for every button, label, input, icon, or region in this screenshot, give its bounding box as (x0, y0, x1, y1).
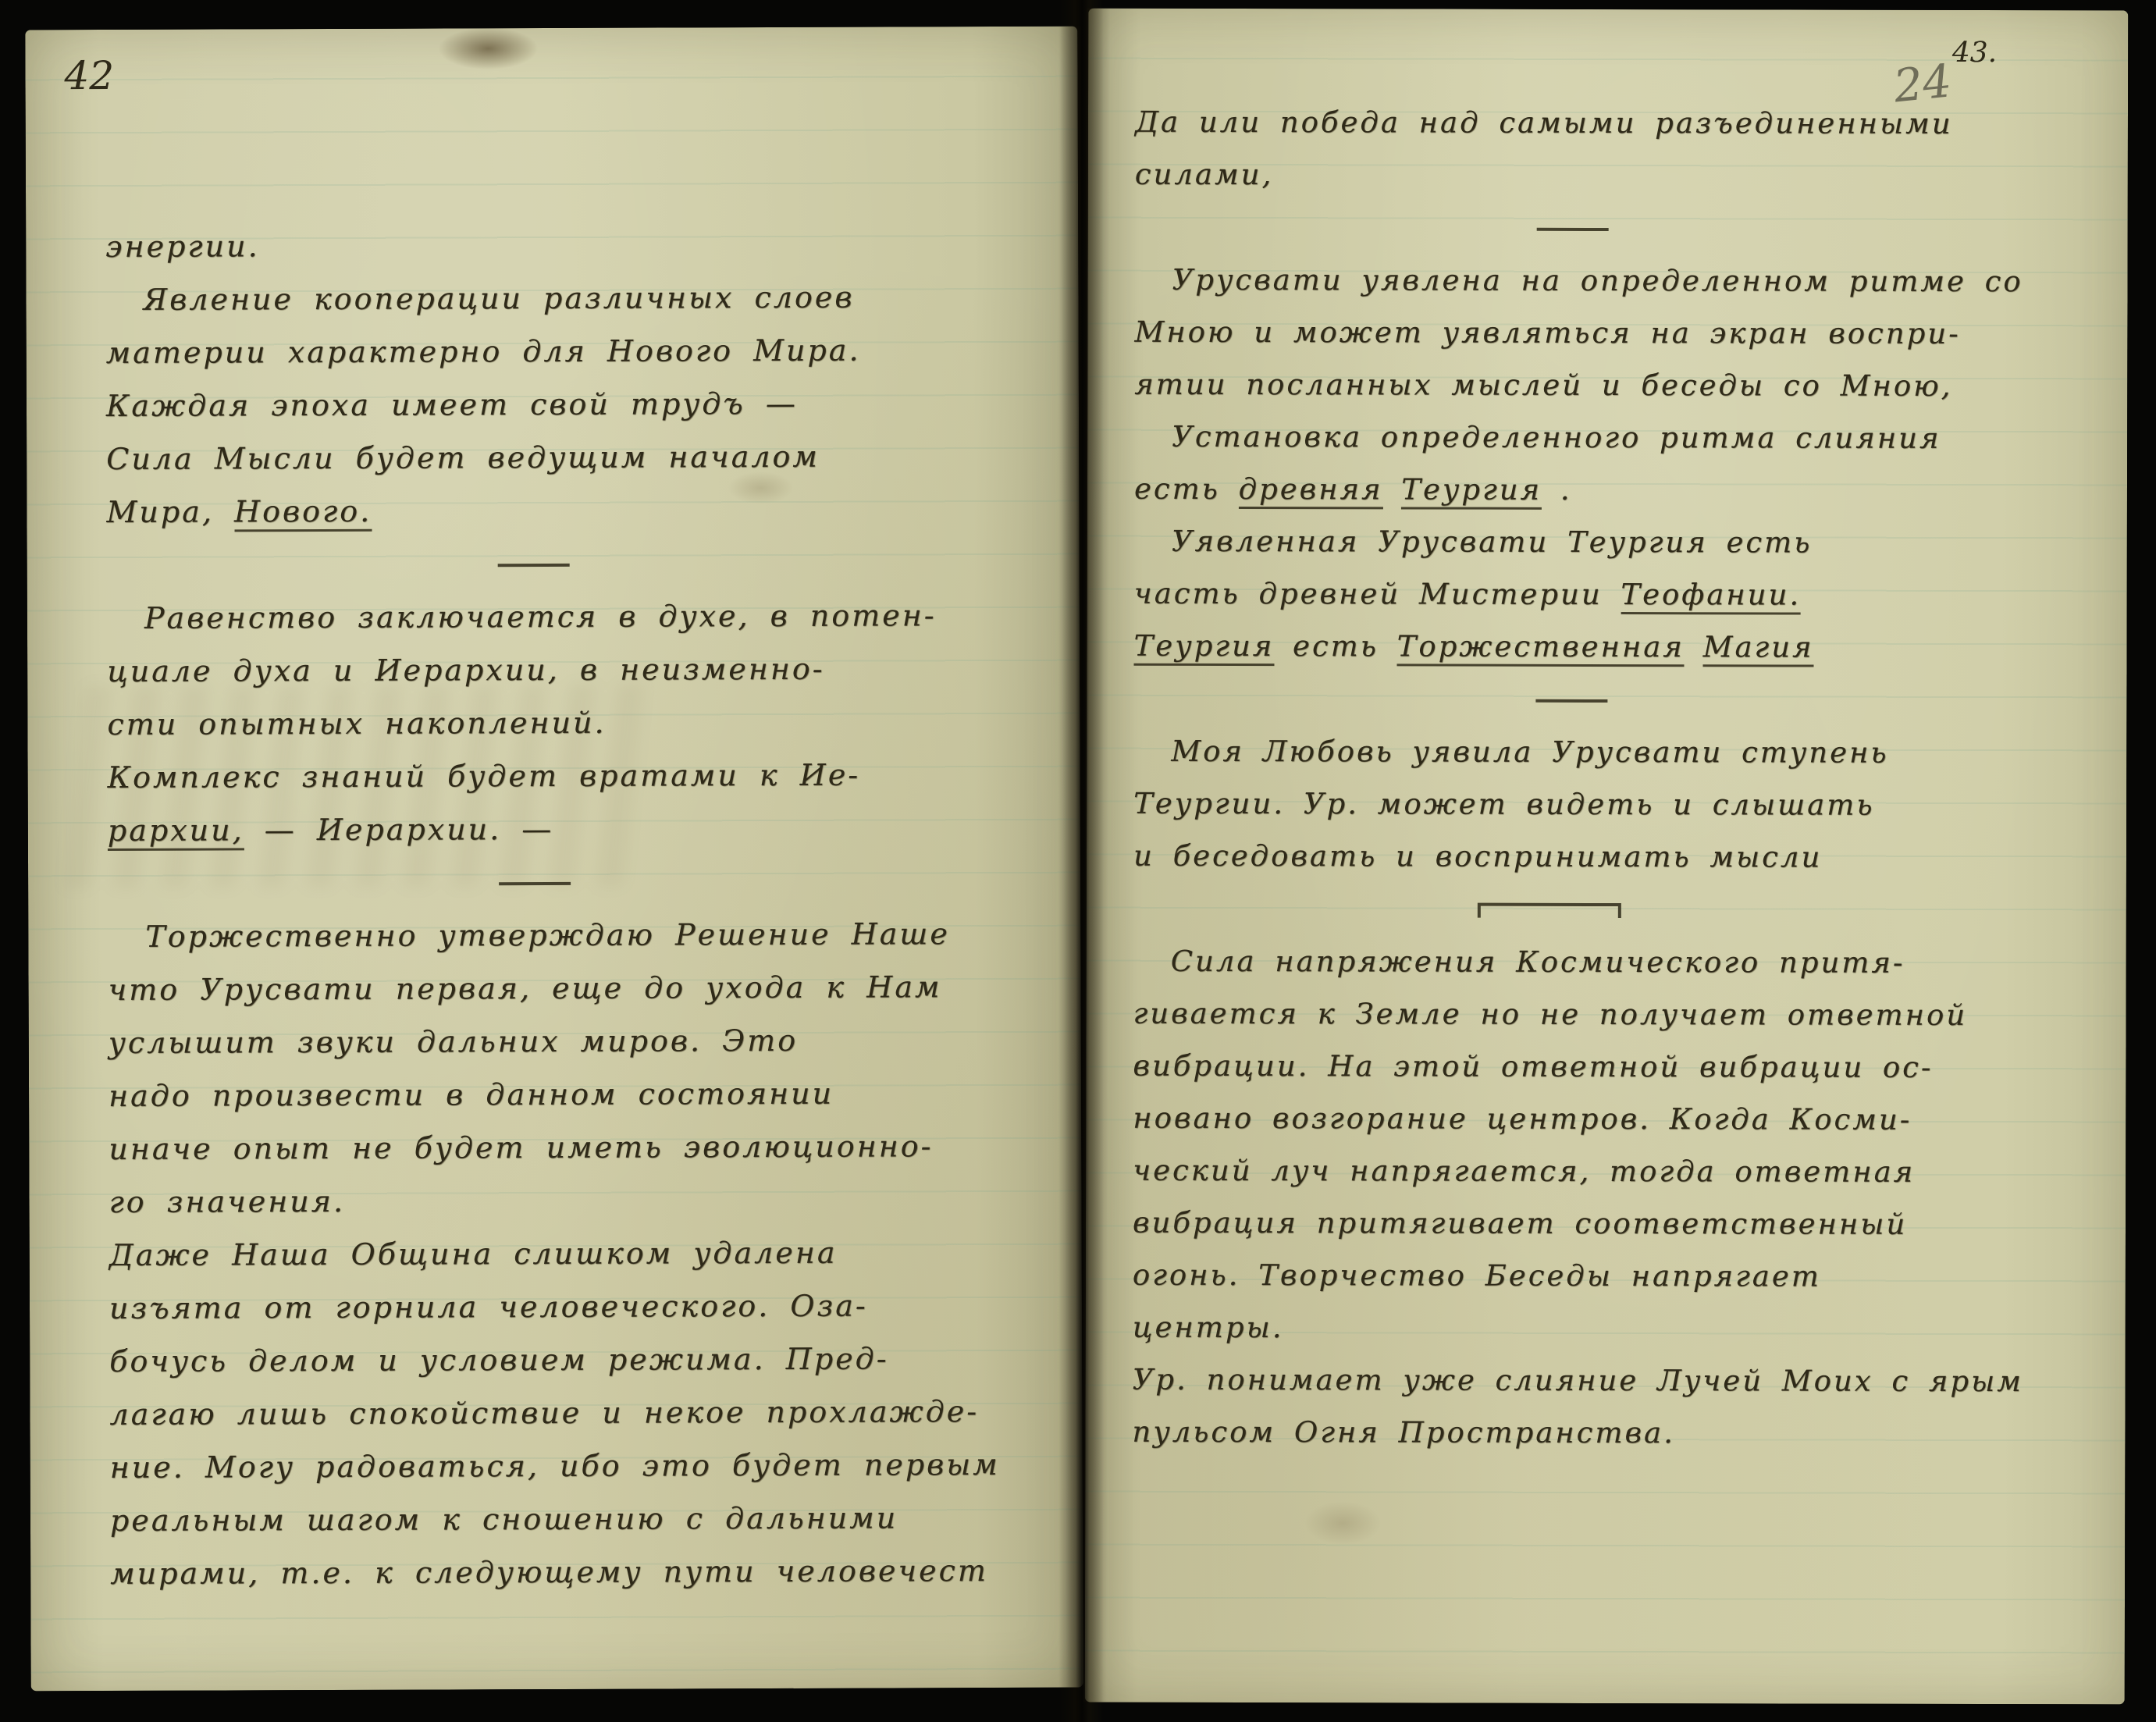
paragraph-separator (1133, 882, 2090, 937)
line-text: есть (1134, 472, 1239, 506)
line-text: энергии. (105, 229, 260, 264)
line-text: Урусвати уявлена на определенном ритме с… (1172, 263, 2023, 298)
manuscript-line: Равенство заключается в духе, в потен- (107, 589, 1037, 645)
manuscript-line: Мира, Нового. (106, 482, 1037, 539)
manuscript-line: го значения. (109, 1172, 1039, 1229)
manuscript-line: пульсом Огня Пространства. (1132, 1406, 2089, 1460)
page-number-right: 43. (1952, 37, 1997, 69)
manuscript-line: Теургии. Ур. может видеть и слышать (1133, 777, 2090, 832)
manuscript-line: ние. Могу радоваться, ибо это будет перв… (110, 1438, 1041, 1494)
line-text: вибрация притягивает соответственный (1133, 1206, 1907, 1241)
line-text: Мною и может уявляться на экран воспри- (1134, 315, 1960, 350)
manuscript-line: мирами, т.е. к следующему пути человечес… (110, 1544, 1041, 1600)
line-text: есть (1274, 629, 1396, 663)
line-text: Даже Наша Община слишком удалена (109, 1236, 838, 1272)
manuscript-line: центры. (1133, 1301, 2090, 1356)
line-text: центры. (1133, 1311, 1284, 1344)
manuscript-line: сти опытных накоплений. (107, 695, 1037, 751)
line-text: Ур. понимает уже слияние Лучей Моих с яр… (1133, 1363, 2023, 1398)
paragraph-separator (108, 854, 1038, 910)
manuscript-line: Явление кооперации различных слоев (105, 270, 1036, 326)
line-text: мирами, т.е. к следующему пути человечес… (110, 1553, 988, 1591)
line-text: и беседовать и воспринимать мысли (1133, 839, 1822, 874)
line-text: сти опытных накоплений. (107, 706, 606, 742)
line-text: Сила напряжения Космического притя- (1171, 945, 1905, 980)
manuscript-line: Комплекс знаний будет вратами к Ие- (108, 748, 1038, 804)
line-text: материи характерно для Нового Мира. (106, 333, 861, 370)
manuscript-line: Сила напряжения Космического притя- (1133, 935, 2090, 990)
manuscript-line: огонь. Творчество Беседы напрягает (1133, 1249, 2090, 1304)
line-text: Моя Любовь уявила Урусвати ступень (1171, 735, 1888, 770)
manuscript-line: вибрация притягивает соответственный (1133, 1197, 2090, 1251)
underlined-word: Нового. (234, 494, 372, 532)
manuscript-line: новано возгорание центров. Когда Косми- (1133, 1092, 2090, 1147)
line-text: новано возгорание центров. Когда Косми- (1133, 1101, 1912, 1137)
line-text (1382, 472, 1401, 506)
line-text: надо произвести в данном состоянии (109, 1076, 834, 1113)
manuscript-line: гивается к Земле но не получает ответной (1133, 987, 2090, 1042)
page-right: 43. 24 Да или победа над самыми разъедин… (1085, 9, 2129, 1705)
line-text: Теургии. Ур. может видеть и слышать (1133, 787, 1874, 822)
underlined-word: Теургия (1401, 472, 1542, 509)
manuscript-line: Моя Любовь уявила Урусвати ступень (1133, 725, 2090, 780)
right-page-text: Да или победа над самыми разъединеннымис… (1132, 96, 2092, 1460)
line-text: лагаю лишь спокойствие и некое прохлажде… (109, 1394, 979, 1432)
line-text: реальным шагом к сношению с дальними (110, 1500, 898, 1538)
page-left: 42 энергии.Явление кооперации различных … (25, 27, 1083, 1692)
line-text: Комплекс знаний будет вратами к Ие- (108, 758, 861, 795)
stain (422, 20, 554, 77)
manuscript-line: иначе опыт не будет иметь эволюционно- (109, 1119, 1039, 1176)
line-text: изъята от горнила человеческого. Оза- (109, 1289, 868, 1325)
line-text: Явление кооперации различных слоев (143, 280, 854, 317)
manuscript-line: услышит звуки дальних миров. Это (109, 1013, 1039, 1069)
left-page-text: энергии.Явление кооперации различных сло… (105, 217, 1041, 1600)
manuscript-line: бочусь делом и условием режима. Пред- (109, 1332, 1040, 1388)
line-text (1685, 630, 1703, 664)
line-text: бочусь делом и условием режима. Пред- (109, 1342, 888, 1379)
manuscript-line: часть древней Мистерии Теофании. (1134, 567, 2091, 622)
manuscript-line: Уявленная Урусвати Теургия есть (1134, 515, 2091, 570)
line-text: услышит звуки дальних миров. Это (109, 1023, 798, 1060)
manuscript-line: ятии посланных мыслей и беседы со Мною, (1134, 358, 2091, 413)
line-text: ческий луч напрягается, тогда ответная (1133, 1154, 1915, 1189)
manuscript-line: Мною и может уявляться на экран воспри- (1134, 306, 2091, 361)
underlined-word: рархии, (108, 813, 244, 851)
underlined-word: Торжественная (1397, 629, 1685, 667)
line-text: часть древней Мистерии (1134, 577, 1621, 611)
manuscript-line: Теургия есть Торжественная Магия (1133, 620, 2090, 674)
manuscript-line: Урусвати уявлена на определенном ритме с… (1134, 254, 2091, 308)
underlined-word: Теургия (1134, 629, 1275, 666)
line-text: гивается к Земле но не получает ответной (1133, 997, 1968, 1032)
line-text: го значения. (109, 1184, 345, 1219)
line-text: Уявленная Урусвати Теургия есть (1172, 525, 1813, 560)
manuscript-line: Торжественно утверждаю Решение Наше (108, 907, 1038, 963)
line-text: Торжественно утверждаю Решение Наше (145, 916, 950, 954)
manuscript-line: надо произвести в данном состоянии (109, 1066, 1039, 1123)
manuscript-line: изъята от горнила человеческого. Оза- (109, 1279, 1040, 1335)
manuscript-line: реальным шагом к сношению с дальними (110, 1491, 1041, 1547)
line-text: . (1542, 473, 1572, 507)
manuscript-line: лагаю лишь спокойствие и некое прохлажде… (109, 1385, 1040, 1441)
manuscript-line: и беседовать и воспринимать мысли (1133, 830, 2090, 884)
line-text: Равенство заключается в духе, в потен- (144, 598, 937, 635)
manuscript-line: циале духа и Иерархии, в неизменно- (107, 642, 1037, 698)
line-text: что Урусвати первая, еще до ухода к Нам (109, 970, 942, 1007)
manuscript-line: Ур. понимает уже слияние Лучей Моих с яр… (1133, 1354, 2090, 1408)
underlined-word: древняя (1239, 472, 1383, 509)
line-text: ятии посланных мыслей и беседы со Мною, (1134, 368, 1952, 403)
line-text: — Иерархии. — (244, 812, 554, 847)
binding-gutter (1058, 0, 1104, 1722)
line-text: силами, (1135, 158, 1274, 191)
line-text: Сила Мысли будет ведущим началом (106, 439, 820, 476)
line-text: огонь. Творчество Беседы напрягает (1133, 1258, 1821, 1293)
paragraph-separator (107, 535, 1037, 592)
line-text: пульсом Огня Пространства. (1132, 1415, 1675, 1450)
stain (1288, 1492, 1397, 1554)
line-text: вибрации. На этой ответной вибрации ос- (1133, 1049, 1933, 1084)
paragraph-separator (1135, 201, 2092, 256)
line-text: Каждая эпоха имеет свой трудъ — (106, 386, 798, 423)
line-text: Да или победа над самыми разъединенными (1135, 105, 1953, 141)
manuscript-line: что Урусвати первая, еще до ухода к Нам (108, 960, 1038, 1016)
manuscript-line: Даже Наша Община слишком удалена (109, 1226, 1040, 1282)
line-text: Мира, (106, 494, 234, 529)
line-text: ние. Могу радоваться, ибо это будет перв… (110, 1447, 1000, 1485)
notebook-scan: 42 энергии.Явление кооперации различных … (0, 0, 2156, 1722)
manuscript-line: Каждая эпоха имеет свой трудъ — (106, 376, 1037, 432)
page-number-left: 42 (64, 53, 114, 98)
manuscript-line: есть древняя Теургия . (1134, 463, 2091, 518)
manuscript-line: Сила Мысли будет ведущим началом (106, 429, 1037, 486)
line-text: циале духа и Иерархии, в неизменно- (107, 652, 825, 688)
manuscript-line: ческий луч напрягается, тогда ответная (1133, 1144, 2090, 1199)
manuscript-line: материи характерно для Нового Мира. (106, 323, 1037, 379)
manuscript-line: рархии, — Иерархии. — (108, 801, 1038, 857)
manuscript-line: силами, (1135, 148, 2092, 203)
line-text: иначе опыт не будет иметь эволюционно- (109, 1129, 933, 1166)
manuscript-line: Установка определенного ритма слияния (1134, 411, 2091, 465)
pencil-page-number: 24 (1891, 54, 1954, 112)
line-text: Установка определенного ритма слияния (1172, 420, 1941, 455)
underlined-word: Теофании. (1621, 578, 1801, 614)
underlined-word: Магия (1703, 630, 1814, 667)
manuscript-line: энергии. (105, 217, 1036, 273)
paragraph-separator (1133, 672, 2090, 728)
manuscript-line: вибрации. На этой ответной вибрации ос- (1133, 1040, 2090, 1094)
